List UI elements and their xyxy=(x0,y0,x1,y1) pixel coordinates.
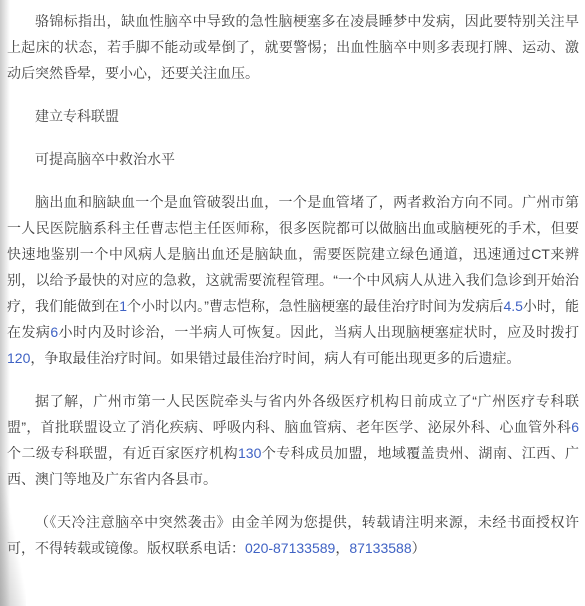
number-run: 87133588 xyxy=(349,540,411,556)
article-page: 骆锦标指出，缺血性脑卒中导致的急性脑梗塞多在凌晨睡梦中发病，因此要特别关注早上起… xyxy=(0,0,585,606)
text-run: 个二级专科联盟，有近百家医疗机构 xyxy=(7,445,238,461)
article-body: 骆锦标指出，缺血性脑卒中导致的急性脑梗塞多在凌晨睡梦中发病，因此要特别关注早上起… xyxy=(0,0,585,561)
number-run: 120 xyxy=(7,350,30,366)
copyright-paragraph: （《天冷注意脑卒中突然袭击》由金羊网为您提供，转载请注明来源，未经书面授权许可，… xyxy=(7,509,579,561)
text-run: ） xyxy=(412,540,426,556)
number-run: 130 xyxy=(238,445,261,461)
subhead-treatment-level: 可提高脑卒中救治水平 xyxy=(7,146,579,172)
text-run: 小时内及时诊治，一半病人可恢复。因此，当病人出现脑梗塞症状时，应及时拨打 xyxy=(58,324,579,340)
intro-paragraph: 骆锦标指出，缺血性脑卒中导致的急性脑梗塞多在凌晨睡梦中发病，因此要特别关注早上起… xyxy=(7,8,579,86)
text-run: 脑出血和脑缺血一个是血管破裂出血，一个是血管堵了，两者救治方向不同。广州市第一人… xyxy=(7,194,579,314)
treatment-paragraph: 脑出血和脑缺血一个是血管破裂出血，一个是血管堵了，两者救治方向不同。广州市第一人… xyxy=(7,189,579,371)
number-run: 4.5 xyxy=(503,298,522,314)
alliance-paragraph: 据了解，广州市第一人民医院牵头与省内外各级医疗机构日前成立了“广州医疗专科联盟”… xyxy=(7,388,579,492)
text-run: ， xyxy=(335,540,349,556)
number-run: 6 xyxy=(571,419,579,435)
subhead-alliance: 建立专科联盟 xyxy=(7,103,579,129)
number-run: 020-87133589 xyxy=(245,540,335,556)
text-run: 个小时以内。”曹志恺称，急性脑梗塞的最佳治疗时间为发病后 xyxy=(127,298,503,314)
text-run: 据了解，广州市第一人民医院牵头与省内外各级医疗机构日前成立了“广州医疗专科联盟”… xyxy=(7,393,579,435)
number-run: 1 xyxy=(119,298,127,314)
text-run: 可提高脑卒中救治水平 xyxy=(35,151,175,167)
text-run: 建立专科联盟 xyxy=(35,108,119,124)
text-run: 骆锦标指出，缺血性脑卒中导致的急性脑梗塞多在凌晨睡梦中发病，因此要特别关注早上起… xyxy=(7,13,579,81)
text-run: ，争取最佳治疗时间。如果错过最佳治疗时间，病人有可能出现更多的后遗症。 xyxy=(30,350,520,366)
